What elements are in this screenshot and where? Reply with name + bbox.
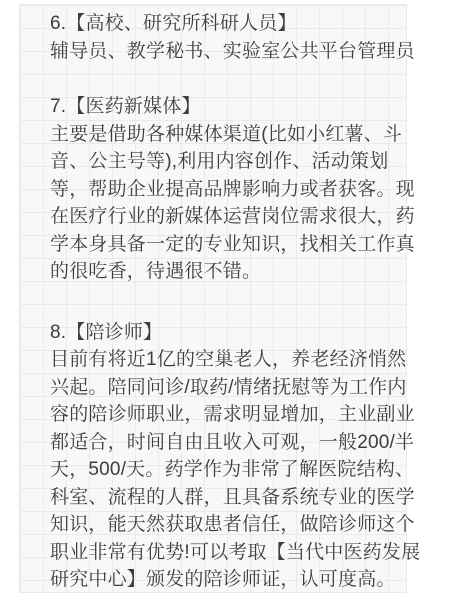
note-text-content: 6.【高校、研究所科研人员】 辅导员、教学秘书、实验室公共平台管理员 7.【医药… [50, 10, 406, 594]
section-8-body-line: 都适合，时间自由且收入可观，一般200/半 [50, 429, 406, 457]
section-6-body-line: 辅导员、教学秘书、实验室公共平台管理员 [50, 38, 406, 66]
section-8-body-line: 职业非常有优势!可以考取【当代中医药发展 [50, 539, 406, 567]
section-8-body-line: 天，500/天。药学作为非常了解医院结构、 [50, 456, 406, 484]
note-screenshot-page: 6.【高校、研究所科研人员】 辅导员、教学秘书、实验室公共平台管理员 7.【医药… [0, 0, 449, 600]
section-7-body-line: 学本身具备一定的专业知识，找相关工作真 [50, 231, 406, 259]
section-7-body-line: 的很吃香，待遇很不错。 [50, 258, 406, 286]
section-medical-escort: 8.【陪诊师】 目前有将近1亿的空巢老人，养老经济悄然 兴起。陪同问诊/取药/情… [50, 319, 406, 594]
section-8-body-line: 知识，能天然获取患者信任，做陪诊师这个 [50, 511, 406, 539]
section-7-body-line: 音、公主号等),利用内容创作、活动策划 [50, 148, 406, 176]
section-7-body-line: 等，帮助企业提高品牌影响力或者获客。现 [50, 176, 406, 204]
section-pharma-new-media: 7.【医药新媒体】 主要是借助各种媒体渠道(比如小红薯、斗 音、公主号等),利用… [50, 93, 406, 286]
section-8-body-line: 兴起。陪同问诊/取药/情绪抚慰等为工作内 [50, 374, 406, 402]
section-6-title: 6.【高校、研究所科研人员】 [50, 10, 406, 38]
section-8-body-line: 研究中心】颁发的陪诊师证，认可度高。 [50, 566, 406, 594]
section-8-body-line: 科室、流程的人群，且具备系统专业的医学 [50, 484, 406, 512]
section-7-body-line: 在医疗行业的新媒体运营岗位需求很大，药 [50, 203, 406, 231]
grid-paper-background: 6.【高校、研究所科研人员】 辅导员、教学秘书、实验室公共平台管理员 7.【医药… [19, 4, 407, 593]
section-8-body-line: 目前有将近1亿的空巢老人，养老经济悄然 [50, 346, 406, 374]
section-8-body-line: 容的陪诊师职业，需求明显增加，主业副业 [50, 401, 406, 429]
section-7-body-line: 主要是借助各种媒体渠道(比如小红薯、斗 [50, 121, 406, 149]
section-7-title: 7.【医药新媒体】 [50, 93, 406, 121]
section-universities-research: 6.【高校、研究所科研人员】 辅导员、教学秘书、实验室公共平台管理员 [50, 10, 406, 65]
section-8-title: 8.【陪诊师】 [50, 319, 406, 347]
